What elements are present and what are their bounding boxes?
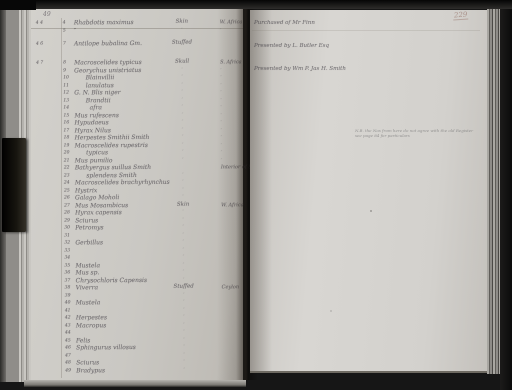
locality-cell: ″: [221, 142, 223, 147]
preparation-cell: ″: [169, 134, 197, 139]
row-margin-figures: 4 6: [36, 42, 43, 47]
row-number: 32: [64, 240, 70, 245]
preparation-cell: Stuffed: [170, 284, 198, 290]
preparation-cell: ″: [170, 366, 198, 371]
row-number: 34: [64, 255, 70, 260]
pencil-note-line: see page 84 for particulars: [355, 133, 493, 138]
preparation-cell: Stuffed: [168, 40, 196, 46]
species-name: Hyrax capensis: [75, 209, 122, 216]
row-number: 40: [65, 300, 71, 305]
preparation-cell: ″: [169, 186, 197, 191]
remarks: Purchased of Mr FinnPresented by L. Butl…: [250, 10, 490, 210]
row-number: 41: [65, 308, 71, 313]
row-number: 23: [64, 173, 70, 178]
row-margin-figures: 4 7: [36, 61, 43, 66]
species-name: Rhabdotis maximus: [74, 19, 134, 26]
row-number: 48: [65, 360, 71, 365]
species-name: Sciurus: [76, 359, 99, 366]
preparation-cell: ″: [170, 329, 198, 334]
species-name: Galago Moholi: [75, 194, 119, 201]
species-name: Hypudaeus: [74, 119, 108, 126]
row-number: 35: [64, 263, 70, 268]
preparation-cell: ″: [170, 314, 198, 319]
photo-top-left-corner: [0, 0, 36, 10]
species-name: afra: [74, 104, 102, 111]
preparation-cell: ″: [168, 66, 196, 71]
row-number: 15: [63, 113, 69, 118]
preparation-cell: ″: [168, 81, 196, 86]
species-name: Felis: [76, 337, 90, 344]
species-name: Sphingurus villosus: [76, 344, 136, 351]
species-name: Brandtii: [74, 97, 110, 104]
species-name: ″: [74, 27, 76, 34]
preparation-cell: ″: [168, 89, 196, 94]
row-number: 27: [64, 203, 70, 208]
row-number: 31: [64, 233, 70, 238]
preparation-cell: ″: [170, 269, 198, 274]
species-name: Petromys: [75, 224, 103, 231]
row-number: 10: [63, 75, 69, 80]
row-number: 45: [65, 338, 71, 343]
preparation-cell: ″: [169, 224, 197, 229]
row-number: 38: [65, 285, 71, 290]
locality-cell: ″: [220, 119, 222, 124]
left-page: 49 4 44Rhabdotis maximusSkinW. Africa5″″…: [31, 8, 243, 381]
preparation-cell: ″: [170, 276, 198, 281]
species-name: Chrysochloris Capensis: [76, 276, 147, 283]
species-name: Bradypus: [76, 367, 105, 374]
preparation-cell: ″: [168, 27, 196, 32]
row-number: 24: [64, 180, 70, 185]
page-stack-edges-right: [487, 8, 501, 374]
locality-cell: ″: [220, 82, 222, 87]
locality-cell: ″: [221, 127, 223, 132]
species-name: Mustela: [75, 262, 100, 269]
species-name: lanulatus: [74, 82, 114, 89]
ledger-book-photo: 49 4 44Rhabdotis maximusSkinW. Africa5″″…: [0, 0, 512, 390]
species-name: Georychus unistriatus: [74, 66, 141, 73]
remark-line: Purchased of Mr Finn: [254, 20, 315, 26]
preparation-cell: Skull: [168, 59, 196, 65]
row-number: 39: [65, 293, 71, 298]
row-number: 7: [63, 41, 66, 46]
species-name: Sciurus: [75, 217, 98, 224]
preparation-cell: ″: [169, 239, 197, 244]
preparation-cell: ″: [169, 156, 197, 161]
remark-line: Presented by L. Butler Esq: [254, 43, 329, 49]
row-number: 5: [63, 28, 66, 33]
row-number: 29: [64, 218, 70, 223]
preparation-cell: ″: [168, 111, 196, 116]
preparation-cell: Skin: [168, 19, 196, 25]
row-number: 14: [63, 105, 69, 110]
row-number: 46: [65, 345, 71, 350]
locality-cell: ″: [221, 134, 223, 139]
row-number: 20: [64, 150, 70, 155]
row-number: 28: [64, 210, 70, 215]
ledger-row: 4 67Antilope bubalina Gm.Stuffed: [30, 40, 242, 49]
species-name: Macropus: [76, 322, 106, 329]
preparation-cell: ″: [170, 344, 198, 349]
preparation-cell: ″: [170, 299, 198, 304]
preparation-cell: ″: [168, 104, 196, 109]
preparation-cell: ″: [169, 149, 197, 154]
row-number: 22: [64, 165, 70, 170]
preparation-cell: ″: [168, 96, 196, 101]
row-number: 9: [63, 68, 66, 73]
preparation-cell: ″: [170, 351, 198, 356]
ledger-row: 5″″″: [30, 27, 242, 36]
row-number: 13: [63, 98, 69, 103]
locality-cell: ″: [220, 104, 222, 109]
species-name: Mus sp.: [76, 269, 100, 276]
species-name: Gerbillus: [75, 239, 103, 246]
ledger-rows: 4 44Rhabdotis maximusSkinW. Africa5″″″4 …: [30, 7, 245, 380]
preparation-cell: ″: [169, 231, 197, 236]
row-number: 49: [65, 368, 71, 373]
book-clamp: [2, 138, 26, 232]
locality-cell: ″: [220, 89, 222, 94]
book-block-bottom-edge: [24, 380, 246, 387]
row-number: 11: [63, 83, 69, 88]
locality-cell: ″: [220, 27, 222, 32]
right-page: 229 Purchased of Mr FinnPresented by L. …: [250, 10, 490, 373]
preparation-cell: ″: [169, 209, 197, 214]
locality-cell: ″: [220, 97, 222, 102]
locality-cell: ″: [220, 112, 222, 117]
locality-cell: ″: [221, 157, 223, 162]
preparation-cell: ″: [169, 126, 197, 131]
preparation-cell: ″: [169, 261, 197, 266]
row-number: 21: [64, 158, 70, 163]
preparation-cell: ″: [169, 194, 197, 199]
row-number: 43: [65, 323, 71, 328]
species-name: Macroscelides brachyrhynchus: [75, 179, 170, 187]
species-name: Hyrax Nilus: [75, 127, 111, 134]
species-name: Herpestes: [76, 314, 107, 321]
row-number: 19: [64, 143, 70, 148]
row-number: 33: [64, 248, 70, 253]
species-name: Mus pumilio: [75, 157, 113, 164]
row-number: 12: [63, 90, 69, 95]
row-margin-figures: 4 4: [36, 21, 43, 26]
paper-speck: [330, 310, 332, 312]
species-name: Viverra: [76, 284, 98, 291]
species-name: Bathyergus suillus Smith: [75, 164, 151, 172]
species-name: Mus rufescens: [74, 112, 118, 119]
preparation-cell: Skin: [169, 201, 197, 207]
photo-right-dark-edge: [500, 0, 512, 390]
species-name: Mus Mosambicus: [75, 202, 128, 209]
locality-cell: ″: [220, 67, 222, 72]
preparation-cell: ″: [169, 246, 197, 251]
species-name: Blainvillii: [74, 74, 114, 81]
preparation-cell: ″: [168, 119, 196, 124]
photo-top-shadow: [0, 0, 512, 9]
row-number: 4: [63, 20, 66, 25]
row-number: 16: [63, 120, 69, 125]
remark-line: Presented by Wm P. Jas H. Smith: [254, 66, 346, 72]
preparation-cell: ″: [170, 291, 198, 296]
preparation-cell: ″: [170, 306, 198, 311]
preparation-cell: ″: [169, 216, 197, 221]
row-number: 42: [65, 315, 71, 320]
locality-cell: ″: [221, 149, 223, 154]
species-name: G. N. Blis niger: [74, 89, 120, 96]
row-number: 25: [64, 188, 70, 193]
species-name: Herpestes Smithii Smith: [75, 134, 150, 142]
preparation-cell: ″: [170, 336, 198, 341]
preparation-cell: ″: [169, 254, 197, 259]
preparation-cell: ″: [168, 74, 196, 79]
preparation-cell: ″: [169, 141, 197, 146]
paper-speck: [370, 210, 372, 212]
row-number: 8: [63, 60, 66, 65]
preparation-cell: ″: [169, 171, 197, 176]
species-name: Antilope bubalina Gm.: [74, 40, 142, 47]
row-number: 26: [64, 195, 70, 200]
preparation-cell: ″: [169, 179, 197, 184]
row-number: 36: [65, 270, 71, 275]
row-number: 18: [64, 135, 70, 140]
row-number: 30: [64, 225, 70, 230]
species-name: typicus: [75, 149, 108, 156]
species-name: Mustela: [76, 299, 101, 306]
row-number: 17: [64, 128, 70, 133]
species-name: splendens Smith: [75, 172, 137, 179]
pencil-note: N.B. the Nos from here do not agree with…: [355, 128, 493, 138]
species-name: Macroscelides rupestris: [75, 141, 148, 149]
row-number: 47: [65, 353, 71, 358]
locality-cell: ″: [220, 74, 222, 79]
preparation-cell: ″: [170, 321, 198, 326]
row-number: 44: [65, 330, 71, 335]
ledger-row: 49Bradypus″: [32, 367, 244, 376]
species-name: Macroscelides typicus: [74, 59, 142, 66]
species-name: Hystrix: [75, 187, 97, 194]
row-number: 37: [65, 278, 71, 283]
preparation-cell: ″: [170, 359, 198, 364]
